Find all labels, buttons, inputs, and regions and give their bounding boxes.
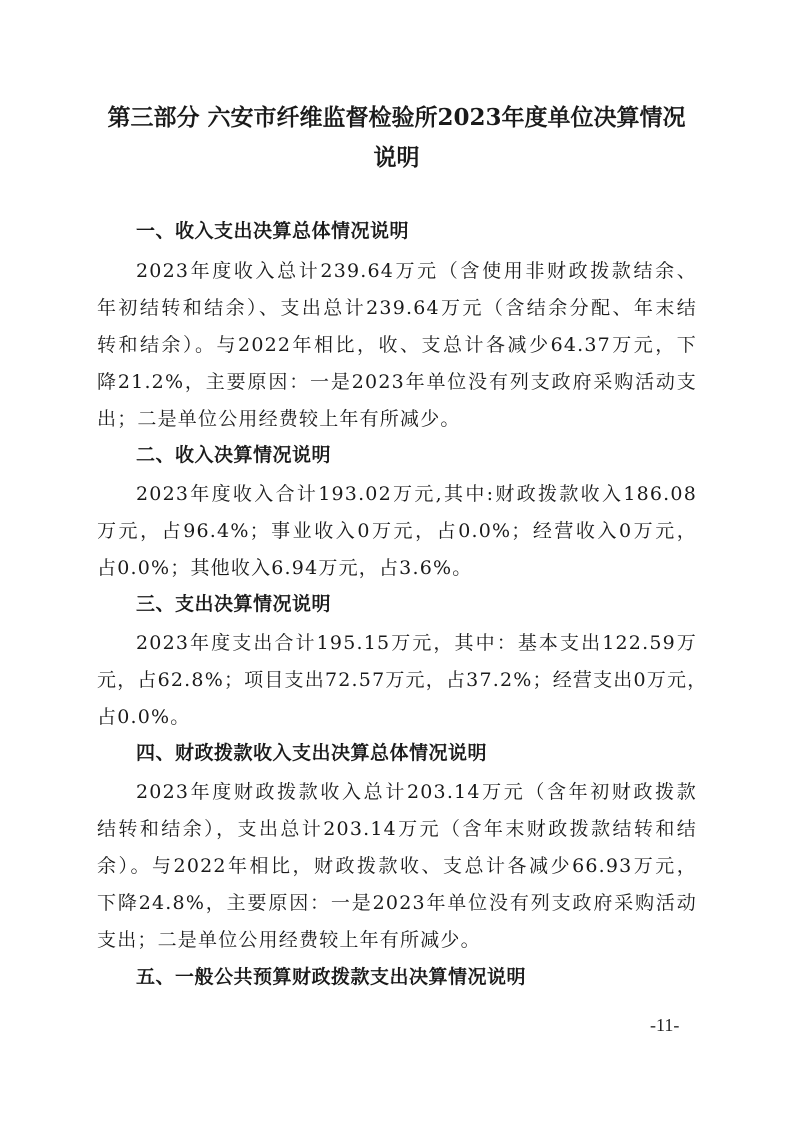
section-1-line-5: 出；二是单位公用经费较上年有所减少。	[97, 404, 697, 434]
section-4-line-3: 余）。与2022年相比，财政拨款收、支总计各减少66.93万元，	[97, 851, 697, 881]
section-4-line-1: 2023年度财政拨款收入总计203.14万元（含年初财政拨款	[136, 777, 697, 807]
section-4-line-5: 支出；二是单位公用经费较上年有所减少。	[97, 925, 697, 955]
section-4-heading: 四、财政拨款收入支出决算总体情况说明	[136, 738, 487, 768]
section-4-line-2: 结转和结余），支出总计203.14万元（含年末财政拨款结转和结	[97, 814, 697, 844]
section-4-line-4: 下降24.8%，主要原因：一是2023年单位没有列支政府采购活动	[97, 888, 697, 918]
section-1-line-1: 2023年度收入总计239.64万元（含使用非财政拨款结余、	[136, 256, 697, 286]
section-1-line-2: 年初结转和结余）、支出总计239.64万元（含结余分配、年末结	[97, 293, 697, 323]
page-number: -11-	[650, 1013, 679, 1037]
section-5-heading: 五、一般公共预算财政拨款支出决算情况说明	[136, 962, 526, 992]
section-3-line-1: 2023年度支出合计195.15万元，其中：基本支出122.59万	[136, 628, 697, 658]
section-3-heading: 三、支出决算情况说明	[136, 589, 331, 619]
page-title-line-1: 第三部分 六安市纤维监督检验所2023年度单位决算情况	[95, 99, 698, 137]
section-2-line-3: 占0.0%；其他收入6.94万元，占3.6%。	[97, 553, 697, 583]
section-1-heading: 一、收入支出决算总体情况说明	[136, 216, 409, 246]
section-2-line-1: 2023年度收入合计193.02万元,其中:财政拨款收入186.08	[136, 479, 697, 509]
section-2-line-2: 万元，占96.4%；事业收入0万元，占0.0%；经营收入0万元，	[97, 516, 697, 546]
section-1-line-3: 转和结余）。与2022年相比，收、支总计各减少64.37万元，下	[97, 330, 697, 360]
section-2-heading: 二、收入决算情况说明	[136, 440, 331, 470]
section-3-line-2: 元，占62.8%；项目支出72.57万元，占37.2%；经营支出0万元，	[97, 665, 697, 695]
section-1-line-4: 降21.2%，主要原因：一是2023年单位没有列支政府采购活动支	[97, 367, 697, 397]
document-page: 第三部分 六安市纤维监督检验所2023年度单位决算情况 说明 一、收入支出决算总…	[0, 0, 793, 1122]
page-title-line-2: 说明	[95, 139, 698, 177]
section-3-line-3: 占0.0%。	[97, 702, 697, 732]
